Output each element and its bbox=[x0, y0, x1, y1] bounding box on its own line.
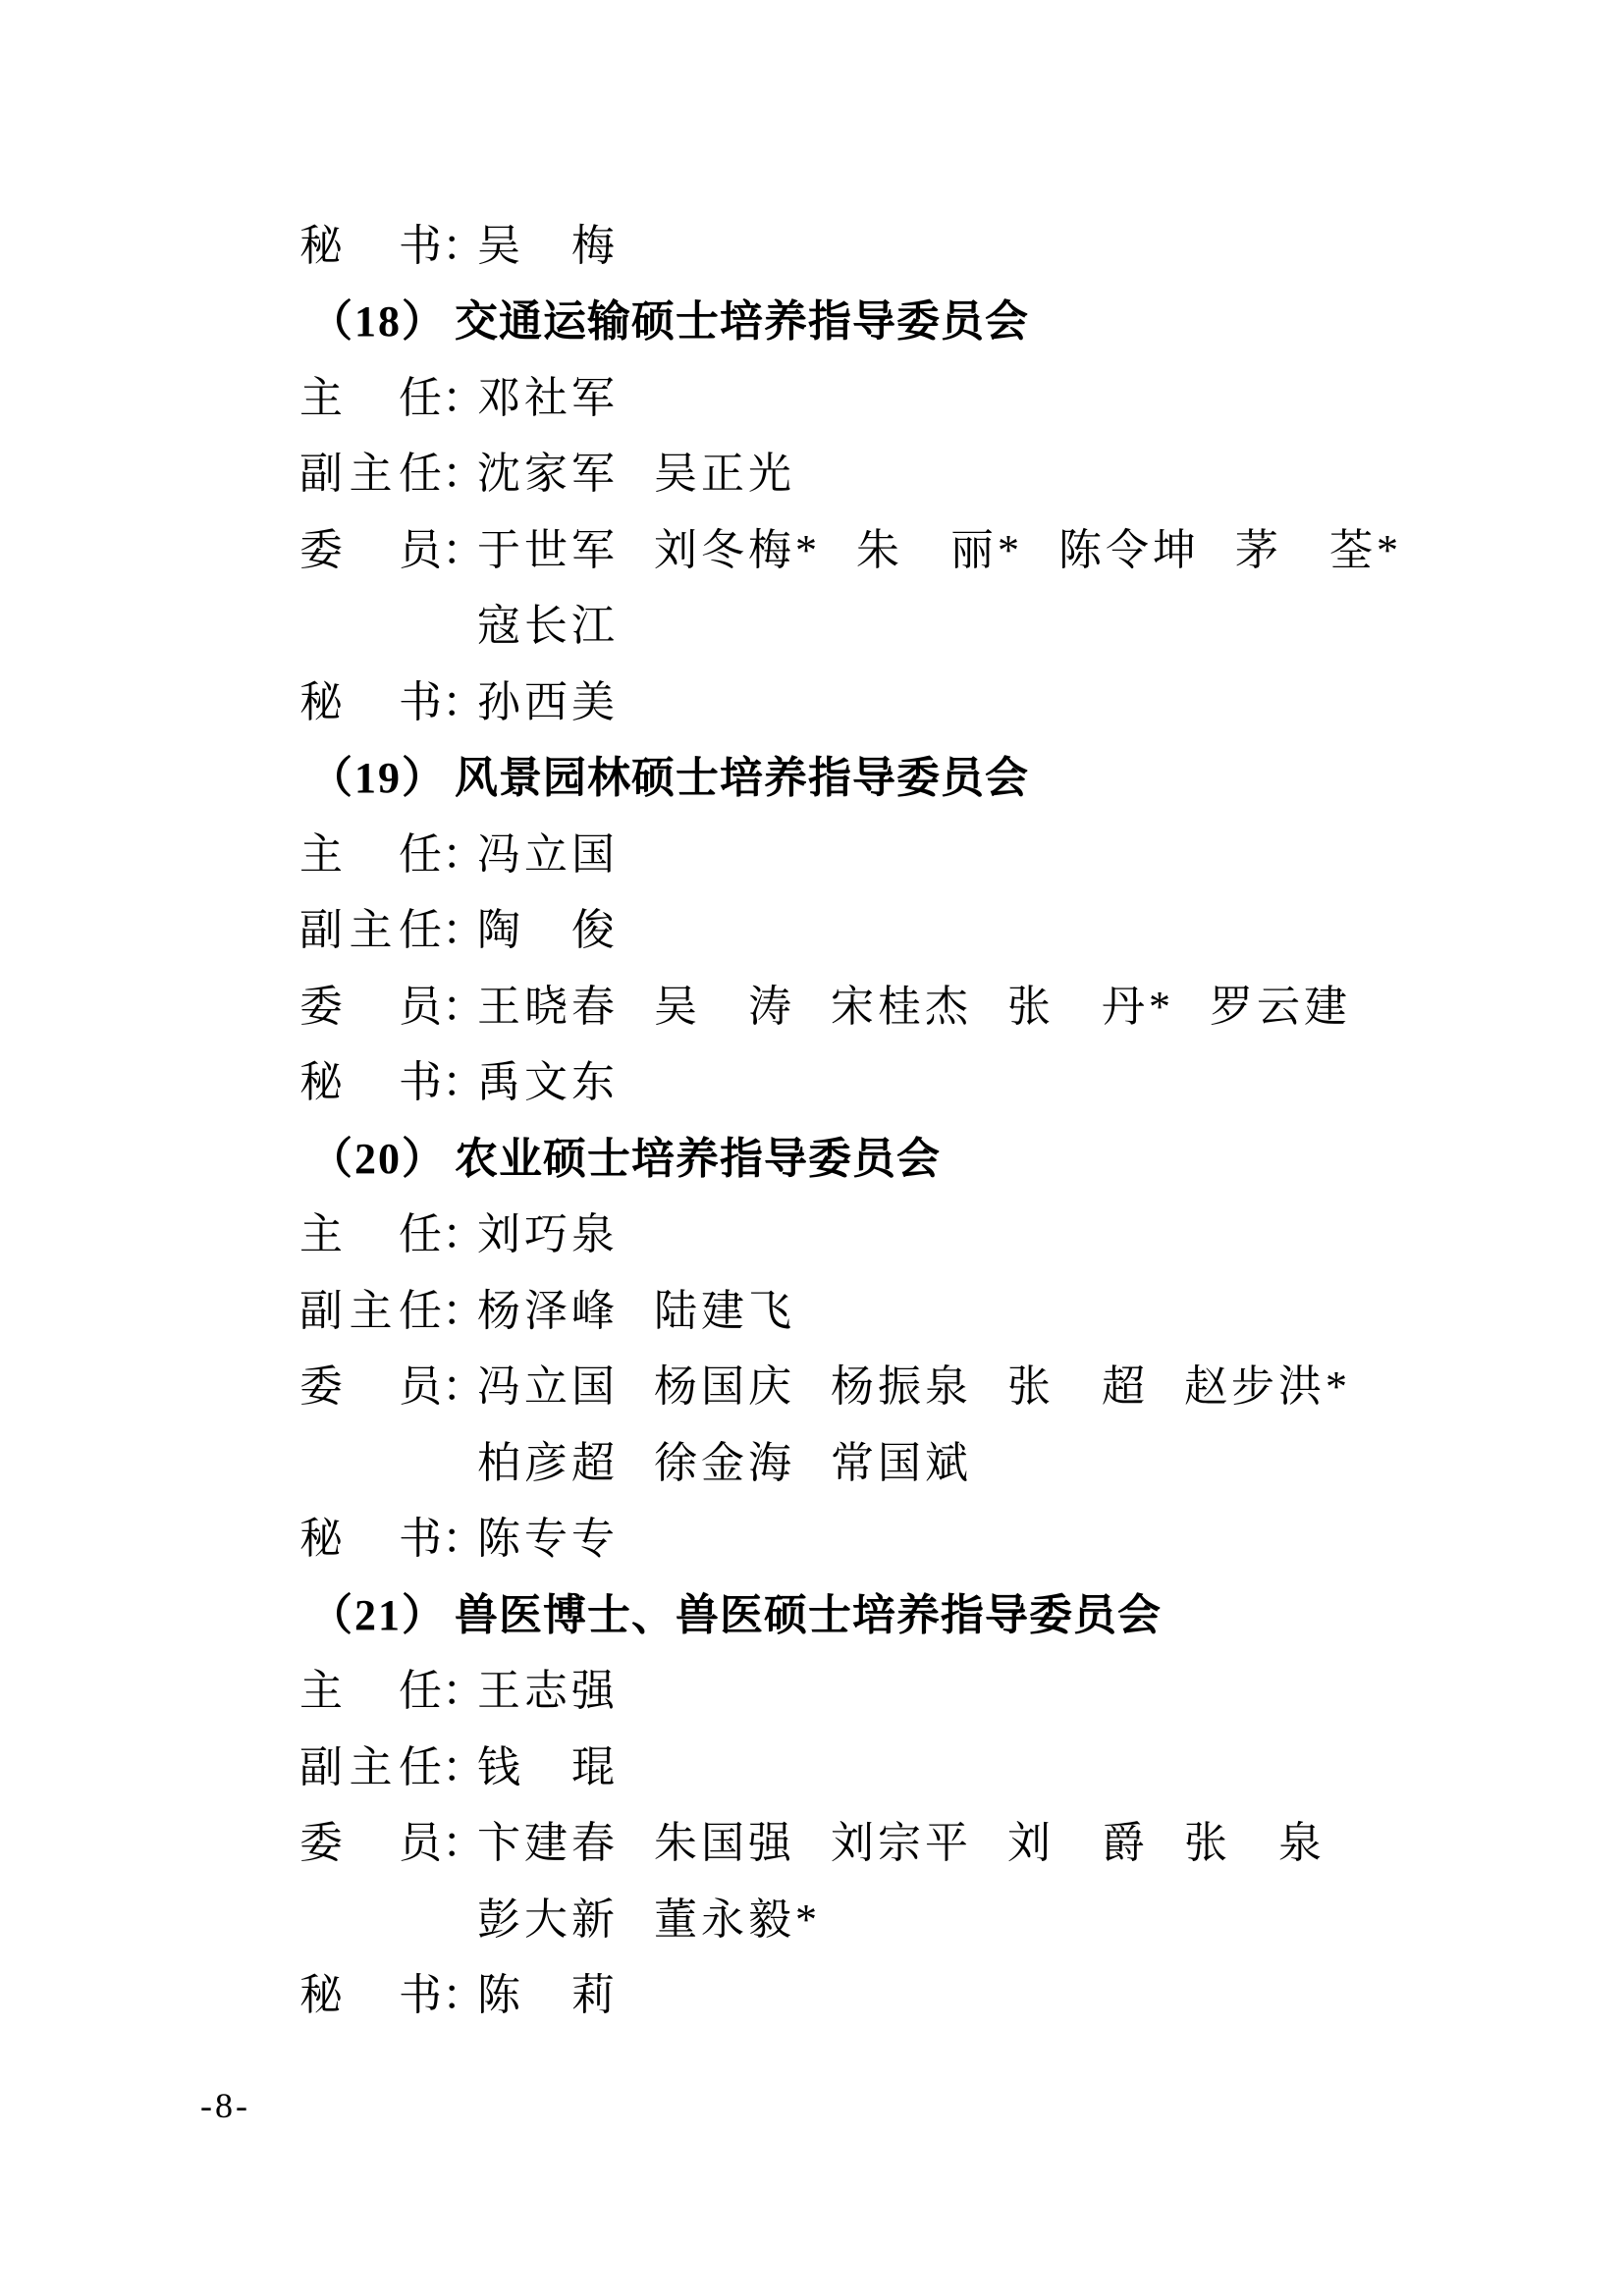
committee-title: 风景园林硕士培养指导委员会 bbox=[455, 757, 1029, 800]
field-label: 副主任 bbox=[299, 909, 442, 952]
committee-number: （21） bbox=[309, 1594, 447, 1637]
field-line: 秘书：陈 莉 bbox=[299, 1958, 1565, 2035]
member-name: 寇长江 bbox=[477, 605, 619, 648]
member-name: 陶 俊 bbox=[477, 909, 619, 952]
label-char: 主 bbox=[299, 1213, 343, 1256]
members-continuation-line: 寇长江 bbox=[299, 589, 1565, 666]
field-line: 副主任：杨泽峰陆建飞 bbox=[299, 1273, 1565, 1350]
label-colon: ： bbox=[442, 1974, 477, 2017]
committee-header-line: （18）交通运输硕士培养指导委员会 bbox=[299, 285, 1565, 361]
field-line: 主任：王志强 bbox=[299, 1654, 1565, 1731]
field-line: 副主任：沈家军吴正光 bbox=[299, 437, 1565, 513]
label-colon: ： bbox=[442, 1518, 477, 1561]
label-char: 主 bbox=[350, 1746, 393, 1789]
member-name: 刘宗平 bbox=[831, 1822, 972, 1865]
member-name: 吴 梅 bbox=[477, 225, 619, 268]
member-name: 陈 莉 bbox=[477, 1974, 619, 2017]
label-char: 书 bbox=[399, 681, 442, 724]
names-group: 禹文东 bbox=[477, 1061, 619, 1104]
label-colon: ： bbox=[442, 1670, 477, 1713]
label-char: 书 bbox=[399, 1061, 442, 1104]
member-name: 钱 琨 bbox=[477, 1746, 619, 1789]
field-label: 委员 bbox=[299, 529, 442, 572]
field-label: 副主任 bbox=[299, 1746, 442, 1789]
field-label: 主任 bbox=[299, 833, 442, 877]
document-page: 秘书：吴 梅（18）交通运输硕士培养指导委员会主任：邓社军副主任：沈家军吴正光委… bbox=[0, 0, 1624, 2296]
label-char: 主 bbox=[350, 909, 393, 952]
label-char: 秘 bbox=[299, 1974, 343, 2017]
field-line: 委员：冯立国杨国庆杨振泉张 超赵步洪* bbox=[299, 1350, 1565, 1426]
field-label: 秘书 bbox=[299, 681, 442, 724]
member-name: 吴正光 bbox=[654, 453, 795, 496]
member-name: 刘巧泉 bbox=[477, 1213, 619, 1256]
member-name: 陈令坤 bbox=[1058, 529, 1200, 572]
label-colon: ： bbox=[442, 1365, 477, 1409]
label-colon: ： bbox=[442, 681, 477, 724]
member-name: 陈专专 bbox=[477, 1518, 619, 1561]
label-char: 任 bbox=[399, 453, 442, 496]
label-char: 副 bbox=[299, 909, 343, 952]
committee-header-line: （21）兽医博士、兽医硕士培养指导委员会 bbox=[299, 1577, 1565, 1654]
field-line: 委员：王晓春吴 涛宋桂杰张 丹*罗云建 bbox=[299, 969, 1565, 1045]
member-name: 董永毅* bbox=[654, 1898, 821, 1942]
label-char: 书 bbox=[399, 1974, 442, 2017]
label-char: 秘 bbox=[299, 1061, 343, 1104]
member-name: 赵步洪* bbox=[1184, 1365, 1351, 1409]
names-group: 吴 梅 bbox=[477, 225, 619, 268]
label-colon: ： bbox=[442, 833, 477, 877]
names-group: 陈专专 bbox=[477, 1518, 619, 1561]
names-group: 柏彦超徐金海常国斌 bbox=[477, 1442, 972, 1485]
member-name: 邓社军 bbox=[477, 377, 619, 420]
committee-title: 交通运输硕士培养指导委员会 bbox=[455, 300, 1029, 344]
label-colon: ： bbox=[442, 377, 477, 420]
committee-header-line: （20）农业硕士培养指导委员会 bbox=[299, 1121, 1565, 1198]
names-group: 刘巧泉 bbox=[477, 1213, 619, 1256]
committee-number: （18） bbox=[309, 300, 447, 344]
label-char: 秘 bbox=[299, 225, 343, 268]
label-colon: ： bbox=[442, 225, 477, 268]
label-char: 员 bbox=[399, 529, 442, 572]
member-name: 刘 爵 bbox=[1007, 1822, 1149, 1865]
member-name: 于世军 bbox=[477, 529, 619, 572]
member-name: 彭大新 bbox=[477, 1898, 619, 1942]
names-group: 王志强 bbox=[477, 1670, 619, 1713]
field-label: 副主任 bbox=[299, 453, 442, 496]
field-label: 秘书 bbox=[299, 1061, 442, 1104]
label-char: 员 bbox=[399, 1365, 442, 1409]
member-name: 常国斌 bbox=[831, 1442, 972, 1485]
field-line: 秘书：禹文东 bbox=[299, 1045, 1565, 1122]
field-line: 主任：冯立国 bbox=[299, 817, 1565, 893]
label-colon: ： bbox=[442, 909, 477, 952]
label-char: 任 bbox=[399, 1746, 442, 1789]
field-label: 委员 bbox=[299, 986, 442, 1029]
member-name: 罗云建 bbox=[1210, 986, 1351, 1029]
names-group: 孙西美 bbox=[477, 681, 619, 724]
member-name: 杨泽峰 bbox=[477, 1290, 619, 1333]
member-name: 徐金海 bbox=[654, 1442, 795, 1485]
field-line: 秘书：孙西美 bbox=[299, 665, 1565, 741]
label-char: 秘 bbox=[299, 1518, 343, 1561]
label-colon: ： bbox=[442, 986, 477, 1029]
names-group: 陈 莉 bbox=[477, 1974, 619, 2017]
label-colon: ： bbox=[442, 1822, 477, 1865]
names-group: 冯立国杨国庆杨振泉张 超赵步洪* bbox=[477, 1365, 1351, 1409]
label-colon: ： bbox=[442, 1061, 477, 1104]
label-char: 员 bbox=[399, 1822, 442, 1865]
label-char: 主 bbox=[299, 833, 343, 877]
member-name: 杨振泉 bbox=[831, 1365, 972, 1409]
member-name: 冯立国 bbox=[477, 833, 619, 877]
label-char: 员 bbox=[399, 986, 442, 1029]
field-line: 副主任：陶 俊 bbox=[299, 893, 1565, 970]
label-char: 任 bbox=[399, 909, 442, 952]
committee-title: 农业硕士培养指导委员会 bbox=[455, 1138, 941, 1181]
member-name: 张 丹* bbox=[1007, 986, 1174, 1029]
label-char: 委 bbox=[299, 529, 343, 572]
label-colon: ： bbox=[442, 1746, 477, 1789]
label-char: 任 bbox=[399, 1290, 442, 1333]
names-group: 陶 俊 bbox=[477, 909, 619, 952]
label-char: 书 bbox=[399, 225, 442, 268]
label-char: 任 bbox=[399, 377, 442, 420]
member-name: 张 超 bbox=[1007, 1365, 1149, 1409]
members-continuation-line: 柏彦超徐金海常国斌 bbox=[299, 1425, 1565, 1502]
label-char: 任 bbox=[399, 1670, 442, 1713]
member-name: 孙西美 bbox=[477, 681, 619, 724]
member-name: 茅 荃* bbox=[1235, 529, 1402, 572]
names-group: 彭大新董永毅* bbox=[477, 1898, 821, 1942]
field-line: 主任：刘巧泉 bbox=[299, 1198, 1565, 1274]
field-label: 主任 bbox=[299, 1213, 442, 1256]
document-lines: 秘书：吴 梅（18）交通运输硕士培养指导委员会主任：邓社军副主任：沈家军吴正光委… bbox=[299, 208, 1565, 2034]
names-group: 杨泽峰陆建飞 bbox=[477, 1290, 795, 1333]
page-number: -8- bbox=[200, 2085, 250, 2126]
label-char: 秘 bbox=[299, 681, 343, 724]
label-colon: ： bbox=[442, 1290, 477, 1333]
label-char: 主 bbox=[299, 1670, 343, 1713]
committee-number: （19） bbox=[309, 757, 447, 800]
member-name: 杨国庆 bbox=[654, 1365, 795, 1409]
field-label: 主任 bbox=[299, 377, 442, 420]
label-colon: ： bbox=[442, 529, 477, 572]
label-char: 委 bbox=[299, 1365, 343, 1409]
field-line: 主任：邓社军 bbox=[299, 360, 1565, 437]
member-name: 王志强 bbox=[477, 1670, 619, 1713]
committee-number: （20） bbox=[309, 1138, 447, 1181]
names-group: 寇长江 bbox=[477, 605, 619, 648]
member-name: 朱国强 bbox=[654, 1822, 795, 1865]
names-group: 邓社军 bbox=[477, 377, 619, 420]
field-label: 委员 bbox=[299, 1822, 442, 1865]
member-name: 刘冬梅* bbox=[654, 529, 821, 572]
label-char: 任 bbox=[399, 1213, 442, 1256]
names-group: 卞建春朱国强刘宗平刘 爵张 泉 bbox=[477, 1822, 1326, 1865]
field-line: 秘书：吴 梅 bbox=[299, 208, 1565, 285]
label-colon: ： bbox=[442, 1213, 477, 1256]
member-name: 陆建飞 bbox=[654, 1290, 795, 1333]
label-char: 副 bbox=[299, 1746, 343, 1789]
field-label: 秘书 bbox=[299, 1518, 442, 1561]
field-line: 秘书：陈专专 bbox=[299, 1502, 1565, 1578]
field-label: 主任 bbox=[299, 1670, 442, 1713]
members-continuation-line: 彭大新董永毅* bbox=[299, 1882, 1565, 1958]
member-name: 朱 丽* bbox=[856, 529, 1023, 572]
member-name: 卞建春 bbox=[477, 1822, 619, 1865]
label-colon: ： bbox=[442, 453, 477, 496]
member-name: 冯立国 bbox=[477, 1365, 619, 1409]
field-label: 秘书 bbox=[299, 1974, 442, 2017]
field-line: 副主任：钱 琨 bbox=[299, 1730, 1565, 1806]
label-char: 委 bbox=[299, 986, 343, 1029]
label-char: 副 bbox=[299, 1290, 343, 1333]
names-group: 于世军刘冬梅*朱 丽*陈令坤茅 荃* bbox=[477, 529, 1402, 572]
field-line: 委员：于世军刘冬梅*朱 丽*陈令坤茅 荃* bbox=[299, 512, 1565, 589]
member-name: 张 泉 bbox=[1184, 1822, 1326, 1865]
committee-title: 兽医博士、兽医硕士培养指导委员会 bbox=[455, 1594, 1162, 1637]
label-char: 委 bbox=[299, 1822, 343, 1865]
member-name: 禹文东 bbox=[477, 1061, 619, 1104]
label-char: 副 bbox=[299, 453, 343, 496]
label-char: 任 bbox=[399, 833, 442, 877]
names-group: 钱 琨 bbox=[477, 1746, 619, 1789]
label-char: 主 bbox=[350, 453, 393, 496]
field-line: 委员：卞建春朱国强刘宗平刘 爵张 泉 bbox=[299, 1806, 1565, 1883]
label-char: 主 bbox=[299, 377, 343, 420]
member-name: 沈家军 bbox=[477, 453, 619, 496]
member-name: 王晓春 bbox=[477, 986, 619, 1029]
field-label: 委员 bbox=[299, 1365, 442, 1409]
field-label: 副主任 bbox=[299, 1290, 442, 1333]
member-name: 吴 涛 bbox=[654, 986, 795, 1029]
names-group: 王晓春吴 涛宋桂杰张 丹*罗云建 bbox=[477, 986, 1351, 1029]
names-group: 沈家军吴正光 bbox=[477, 453, 795, 496]
names-group: 冯立国 bbox=[477, 833, 619, 877]
field-label: 秘书 bbox=[299, 225, 442, 268]
label-char: 书 bbox=[399, 1518, 442, 1561]
label-char: 主 bbox=[350, 1290, 393, 1333]
member-name: 宋桂杰 bbox=[831, 986, 972, 1029]
member-name: 柏彦超 bbox=[477, 1442, 619, 1485]
committee-header-line: （19）风景园林硕士培养指导委员会 bbox=[299, 741, 1565, 818]
